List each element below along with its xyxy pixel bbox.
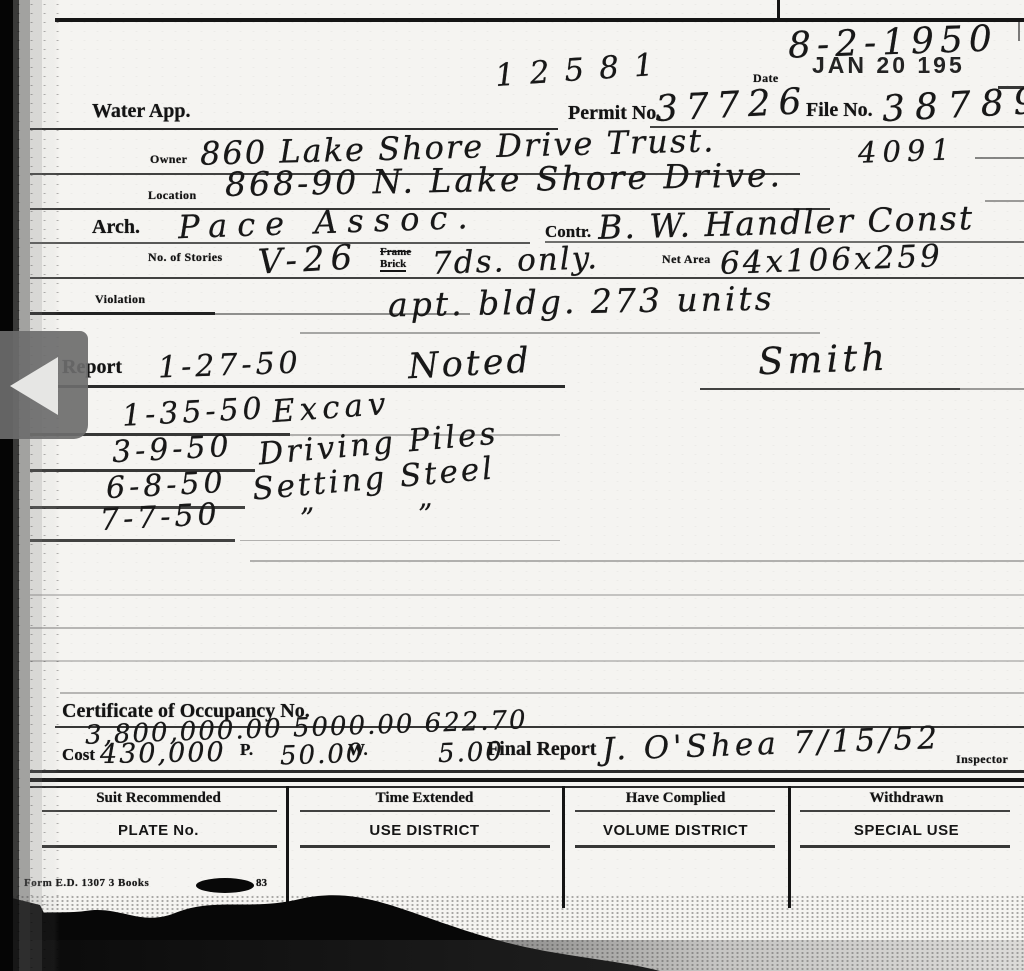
ruled-line [800,810,1010,812]
ruled-line [42,810,277,812]
report-entry-date: 3-9-50 [111,429,233,470]
cost-label: Cost [62,745,95,765]
table-header-time-extended: Time Extended [292,790,557,807]
table-column-divider [788,786,791,908]
table-header-have-complied: Have Complied [568,790,783,807]
net-area-value: 64x106x259 [719,238,943,282]
ruled-line [800,845,1010,848]
ruled-line [300,810,550,812]
ruled-line [30,385,565,388]
table-header-suit-recommended: Suit Recommended [35,790,282,807]
back-arrow-icon [10,357,58,415]
table-header-volume-district: VOLUME DISTRICT [568,822,783,839]
ruled-line [300,332,820,334]
stories-value: V-26 [257,237,359,282]
table-header-withdrawn: Withdrawn [794,790,1019,807]
frame-label: Frame [380,246,411,258]
location-label: Location [148,188,197,203]
top-right-divider [1018,19,1020,41]
ruled-line [30,778,1024,782]
ruled-line [30,594,1024,596]
received-date-stamp: JAN 20 195 [812,52,965,79]
ruled-line [42,845,277,848]
permit-no-label: Permit No. [568,102,661,125]
table-top-border [30,786,1024,788]
ruled-line [30,539,235,542]
report-inspector-signature: Smith [757,336,889,384]
report-noted: Noted [407,341,533,387]
cost-p-label: P. [240,740,253,760]
owner-label: Owner [150,152,187,167]
file-no-value: 387892 [881,79,1024,130]
file-no-label: File No. [806,99,873,122]
back-arrow-overlay[interactable] [0,331,88,439]
violation-label: Violation [95,292,146,307]
ruled-line [240,540,560,541]
ruled-line [30,770,1024,773]
cost-w-label: W. [348,740,368,760]
ruled-line [250,560,1024,562]
table-header-plate-no: PLATE No. [35,822,282,839]
ruled-line [960,388,1024,390]
owner-extra-number: 4091 [857,132,956,169]
frame-brick-value: 7ds. only. [431,240,599,282]
contr-label: Contr. [545,222,591,242]
ruled-line [60,692,1024,694]
scanned-permit-card: 8-2-1950 JAN 20 195 Date 12581 Water App… [0,0,1024,971]
scan-left-edge [0,0,60,971]
report-date: 1-27-50 [157,346,302,386]
water-app-label: Water App. [92,100,191,123]
final-report-label: Final Report [487,738,596,761]
inspector-label: Inspector [956,752,1008,767]
report-entry-ditto: ” ” [299,498,433,536]
ruled-line [700,388,960,390]
scan-bottom-edge [0,940,1024,971]
violation-value: apt. bldg. 273 units [388,279,775,325]
stories-label: No. of Stories [148,250,223,265]
ruled-line [30,277,1024,279]
card-top-edge [55,18,1024,22]
ruled-line [975,157,1024,159]
ruled-line [300,845,550,848]
brick-label: Brick [380,258,406,272]
ruled-line [575,810,775,812]
ruled-line [985,200,1024,202]
location-value: 868-90 N. Lake Shore Drive. [225,155,784,204]
report-entry-date: 1-35-50 [121,391,266,433]
report-entry-note: Excav [271,386,392,430]
cost-value: 430,000 [100,737,226,770]
ruled-line [575,845,775,848]
table-header-special-use: SPECIAL USE [794,822,1019,839]
ruled-line [30,627,1024,629]
document-number: 12581 [494,46,670,94]
arch-label: Arch. [92,216,140,239]
ruled-line [30,660,1024,662]
net-area-label: Net Area [662,252,711,267]
table-header-use-district: USE DISTRICT [292,822,557,839]
top-cell-divider [777,0,780,18]
report-entry-date: 7-7-50 [99,497,221,538]
